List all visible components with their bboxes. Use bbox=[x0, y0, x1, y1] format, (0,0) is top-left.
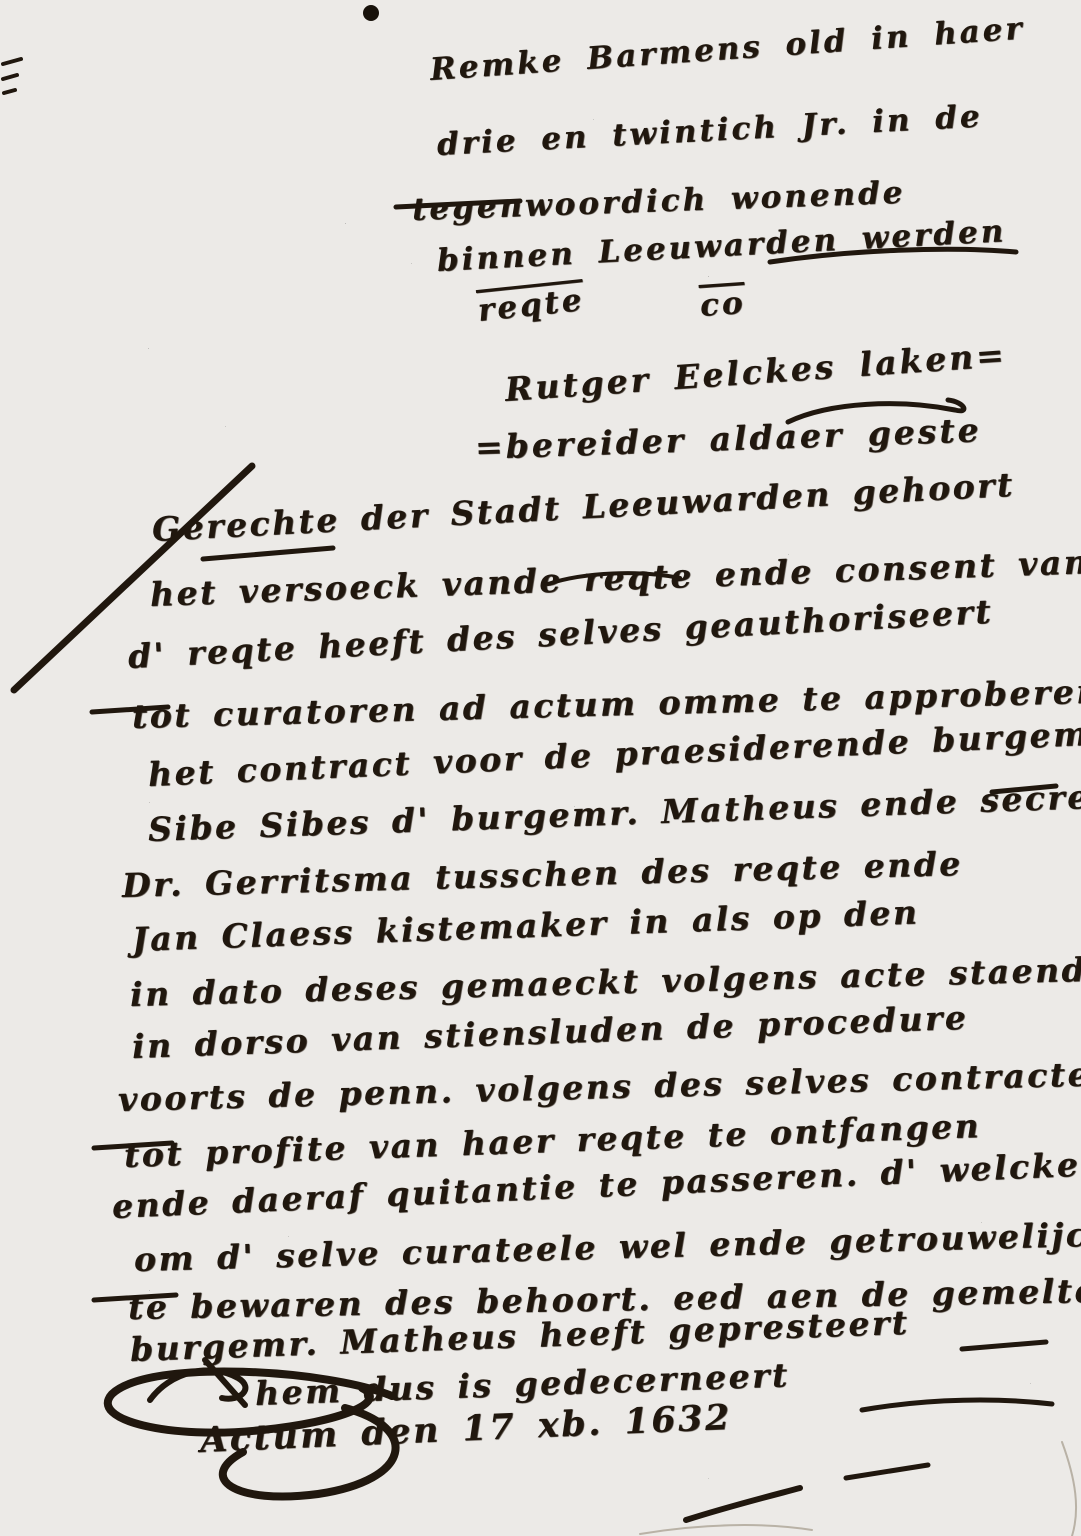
trailing-dash bbox=[962, 1342, 1046, 1349]
margin-cross-dash bbox=[203, 548, 333, 559]
body-line: om d' selve curateele wel ende getrouwel… bbox=[133, 1214, 1081, 1279]
pencil-arc bbox=[640, 1525, 812, 1534]
header-abbrev-co: co bbox=[699, 285, 747, 324]
pencil-arc bbox=[1062, 1442, 1076, 1536]
subject-line: =bereider aldaer geste bbox=[474, 410, 982, 467]
photocopy-speckle-topleft bbox=[0, 40, 240, 470]
header-line: Remke Barmens old in haer bbox=[429, 10, 1026, 87]
bottom-swash bbox=[686, 1488, 800, 1520]
header-line: tegenwoordich wonende bbox=[411, 175, 906, 228]
photocopy-speckle-midleft bbox=[0, 470, 150, 890]
header-line: drie en twintich Jr. in de bbox=[436, 98, 983, 163]
trailing-swash bbox=[862, 1400, 1052, 1410]
body-line: Gerechte der Stadt Leeuwarden gehoort bbox=[151, 465, 1016, 549]
body-line: Jan Claess kistemaker in als op den bbox=[131, 893, 920, 959]
subject-line: Rutger Eelckes laken= bbox=[504, 335, 1008, 409]
manuscript-page: Remke Barmens old in haer drie en twinti… bbox=[0, 0, 1081, 1536]
bottom-dash bbox=[846, 1465, 928, 1478]
ink-blot bbox=[363, 5, 379, 21]
edge-marks bbox=[3, 59, 21, 93]
header-abbrev-reqte: reqte bbox=[476, 282, 586, 329]
